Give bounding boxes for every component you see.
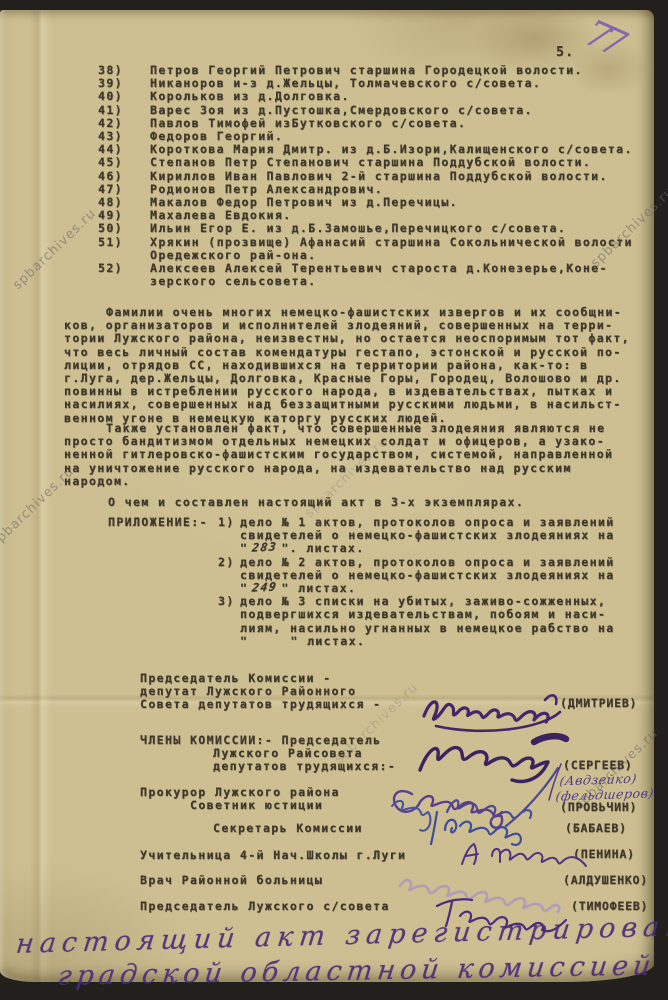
- signature-name-aldushenko: (АЛДУШЕНКО): [563, 874, 648, 887]
- document-page: spbarchives.ru spbarchives.ru spbarchive…: [0, 0, 668, 1000]
- attachment-item: 1) дело № 1 актов, протоколов опроса и з…: [218, 516, 654, 556]
- signature-name-timofeev: (ТИМОФЕЕВ): [571, 900, 648, 913]
- signature-name-penina: (ПЕНИНА): [573, 848, 635, 861]
- paragraph-perpetrators: Фамилии очень многих немецко-фашистских …: [64, 306, 646, 425]
- list-item: 45)Степанов Петр Степанович старшина Под…: [98, 156, 654, 169]
- signature-label: Председатель Лужского с/совета: [140, 900, 390, 913]
- hand-sheet-number: [252, 643, 286, 645]
- list-item: 50)Ильин Егор Е. из д.Б.Замошье,Перечицк…: [98, 222, 654, 235]
- attachment-item: 3) дело № 3 списки на убитых, заживо-сож…: [218, 595, 654, 648]
- signature-label: Советник юстиции: [190, 799, 323, 812]
- list-item: 52)Алексеев Алексей Терентьевич староста…: [98, 262, 654, 288]
- attachment-sheet-count: "" листах.: [240, 635, 615, 648]
- signature-label: Врач Районной больницы: [140, 874, 323, 887]
- attachment-list: 1) дело № 1 актов, протоколов опроса и з…: [218, 516, 654, 648]
- hand-sheet-number: 283: [251, 541, 278, 555]
- paragraph-act-copies: О чем и составлен настоящий акт в 3-х эк…: [108, 496, 648, 509]
- attachment-sheet-count: "283". листах.: [240, 542, 615, 555]
- signature-name-babaev: (БАБАЕВ): [565, 822, 627, 835]
- attachment-item: 2) дело № 2 актов, протоколов опроса и з…: [218, 556, 654, 596]
- signature-label: Учительница 4-й Нач.Школы г.Луги: [140, 849, 406, 862]
- paragraph-conclusion: Также установлен факт, что совершенные з…: [64, 422, 646, 488]
- signature-label: депутатов трудящихся:-: [213, 760, 396, 773]
- page-number: 5.: [556, 46, 574, 59]
- hand-sheet-number: 249: [251, 580, 278, 594]
- signature-label: Совета депутатов трудящихся -: [140, 698, 381, 711]
- list-item: 51)Хрякин (прозвище) Афанасий старшина С…: [98, 236, 654, 262]
- attachment-label: ПРИЛОЖЕНИЕ:-: [108, 516, 208, 529]
- signature-label: Секретарь Комиссии: [213, 822, 363, 835]
- signature-name-provchin: (ПРОВЬЧИН): [560, 801, 637, 814]
- list-item: 41)Варес Зоя из д.Пустошка,Смердовского …: [98, 104, 654, 117]
- list-item: 46)Кириллов Иван Павлович 2-й старшина П…: [98, 170, 654, 183]
- signature-name-dmitriev: (ДМИТРИЕВ): [560, 697, 637, 710]
- accused-persons-list: 38)Петров Георгий Петрович старшина Горо…: [98, 64, 654, 288]
- list-item: 40)Корольков из д.Долговка.: [98, 90, 654, 103]
